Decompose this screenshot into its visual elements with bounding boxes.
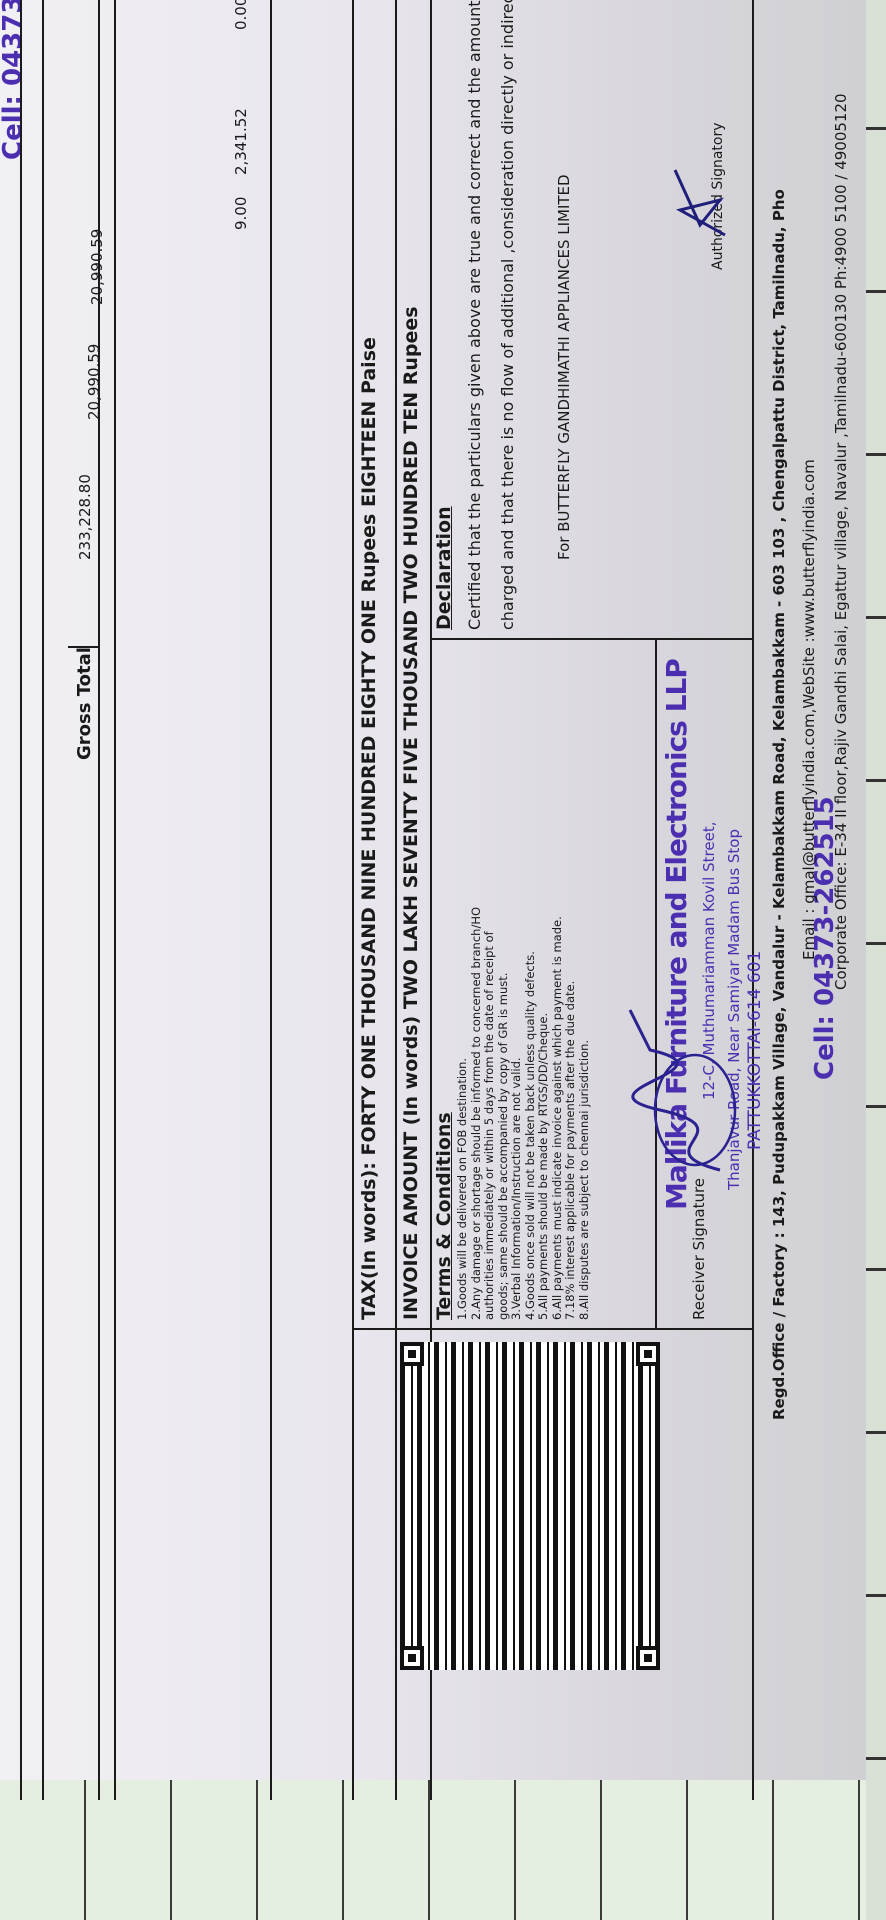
table-border-top <box>20 0 22 1800</box>
stamp-cell-fragment: Cell: 04373-26 <box>0 0 28 160</box>
section-divider <box>270 0 272 1800</box>
receiver-divider <box>655 640 657 1330</box>
footer-regd-office: Regd.Office / Factory : 143, Pudupakkam … <box>770 189 788 1420</box>
qr-finder <box>400 1646 424 1670</box>
footer-email-website: Email : gmal@butterflyindia.com,WebSite … <box>800 459 818 960</box>
declaration-company: For BUTTERFLY GANDHIMATHI APPLIANCES LIM… <box>555 174 573 560</box>
invoice-amount-in-words: INVOICE AMOUNT (In words) TWO LAKH SEVEN… <box>400 306 422 1320</box>
term-item: 8.All disputes are subject to chennai ju… <box>578 907 592 1320</box>
cell-divider <box>68 646 98 648</box>
declaration-line-2: charged and that there is no flow of add… <box>491 0 524 630</box>
gross-total-label: Gross Total <box>74 647 95 760</box>
terms-list: 1.Goods will be delivered on FOB destina… <box>456 907 591 1320</box>
table-border <box>114 0 116 1800</box>
qr-code <box>400 1342 660 1670</box>
declaration-line-1: Certified that the particulars given abo… <box>458 0 491 630</box>
tax-in-words: TAX(In words): FORTY ONE THOUSAND NINE H… <box>358 337 380 1320</box>
term-item: 1.Goods will be delivered on FOB destina… <box>456 907 470 1320</box>
footer-divider <box>752 0 754 1800</box>
authorized-signature <box>670 160 730 240</box>
background-edge <box>866 0 886 1920</box>
header-value-1: 9.00 <box>232 197 250 230</box>
header-value-3: 0.00 <box>232 0 250 30</box>
qr-finder <box>400 1342 424 1366</box>
header-value-2: 2,341.52 <box>232 108 250 175</box>
table-border <box>42 0 44 1800</box>
notebook-background <box>0 1780 886 1920</box>
term-item: authorities immediately or within 5 days… <box>483 907 497 1320</box>
term-item: 2.Any damage or shortage should be infor… <box>470 907 484 1320</box>
terms-declaration-divider <box>430 638 752 640</box>
term-item: 6.All payments must indicate invoice aga… <box>551 907 565 1320</box>
qr-divider <box>352 1328 752 1330</box>
handwritten-signature <box>620 1000 760 1180</box>
invoice-document: Cell: 04373-26 9.00 2,341.52 0.00 Gross … <box>0 0 868 1800</box>
term-item: 7.18% interest applicable for payments a… <box>564 907 578 1320</box>
qr-finder <box>636 1342 660 1366</box>
qr-finder <box>636 1646 660 1670</box>
term-item: 4.Goods once sold will not be taken back… <box>524 907 538 1320</box>
terms-title: Terms & Conditions <box>433 1112 455 1320</box>
net-tax-value: 20,990.59 <box>88 229 106 305</box>
declaration-title: Declaration <box>433 506 455 630</box>
gross-total-value: 233,228.80 <box>76 474 94 560</box>
footer-corporate-office: Corporate Office: E-34 II floor,Rajiv Ga… <box>832 93 850 990</box>
words-row-divider <box>395 0 397 1800</box>
tax-total-value: 20,990.59 <box>85 344 103 420</box>
term-item: 5.All payments should be made by RTGS/DD… <box>537 907 551 1320</box>
words-row-top <box>352 0 354 1800</box>
term-item: 3.Verbal Information/Instruction are not… <box>510 907 524 1320</box>
term-item: goods; same should be accompanied by cop… <box>497 907 511 1320</box>
